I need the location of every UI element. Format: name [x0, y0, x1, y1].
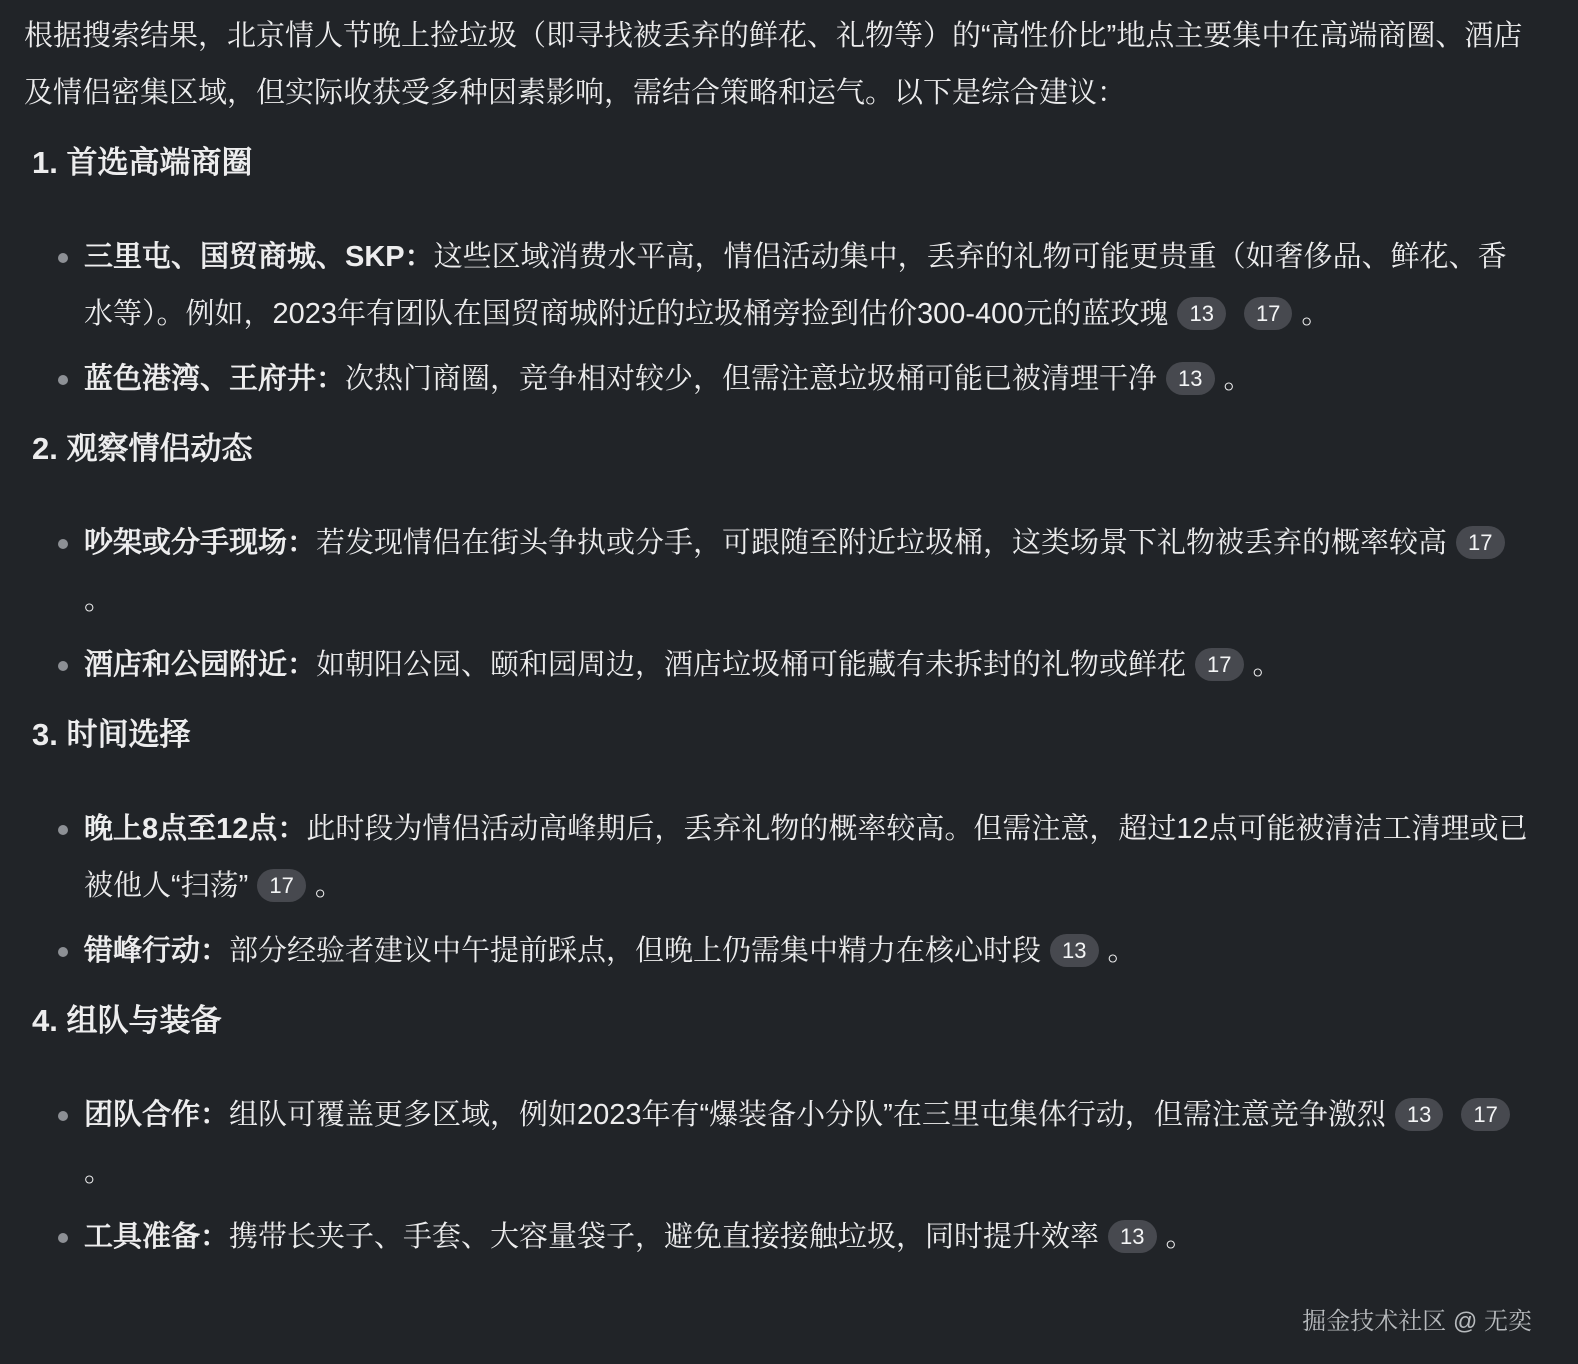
section-heading-4: 4. 组队与装备	[32, 1002, 1532, 1039]
chat-answer-page: 根据搜索结果，北京情人节晚上捡垃圾（即寻找被丢弃的鲜花、礼物等）的“高性价比”地…	[0, 0, 1578, 1364]
watermark: 掘金技术社区 @ 无奕	[1302, 1301, 1532, 1336]
item-lead: 酒店和公园附近：	[84, 649, 316, 681]
item-body: 如朝阳公园、颐和园周边，酒店垃圾桶可能藏有未拆封的礼物或鲜花	[316, 649, 1186, 681]
item-tail: 。	[1108, 935, 1137, 967]
item-tail: 。	[84, 1156, 113, 1188]
citation-badge[interactable]: 13	[1166, 362, 1214, 395]
list-item: 酒店和公园附近：如朝阳公园、颐和园周边，酒店垃圾桶可能藏有未拆封的礼物或鲜花17…	[84, 637, 1532, 694]
item-lead: 三里屯、国贸商城、SKP：	[84, 241, 434, 273]
citation-badge[interactable]: 13	[1177, 297, 1225, 330]
citation-badge[interactable]: 13	[1108, 1220, 1156, 1253]
section-list-2: 吵架或分手现场：若发现情侣在街头争执或分手，可跟随至附近垃圾桶，这类场景下礼物被…	[24, 515, 1532, 694]
item-lead: 晚上8点至12点：	[84, 813, 306, 845]
citation-badge[interactable]: 17	[257, 869, 305, 902]
intro-paragraph: 根据搜索结果，北京情人节晚上捡垃圾（即寻找被丢弃的鲜花、礼物等）的“高性价比”地…	[24, 8, 1532, 122]
item-lead: 错峰行动：	[84, 935, 229, 967]
item-tail: 。	[1301, 298, 1330, 330]
item-body: 若发现情侣在街头争执或分手，可跟随至附近垃圾桶，这类场景下礼物被丢弃的概率较高	[316, 527, 1447, 559]
item-tail: 。	[1166, 1221, 1195, 1253]
item-tail: 。	[315, 870, 344, 902]
list-item: 团队合作：组队可覆盖更多区域，例如2023年有“爆装备小分队”在三里屯集体行动，…	[84, 1087, 1532, 1201]
item-lead: 团队合作：	[84, 1099, 229, 1131]
citation-badge[interactable]: 17	[1461, 1098, 1509, 1131]
list-item: 三里屯、国贸商城、SKP：这些区域消费水平高，情侣活动集中，丢弃的礼物可能更贵重…	[84, 229, 1532, 343]
citation-badge[interactable]: 17	[1456, 526, 1504, 559]
section-list-4: 团队合作：组队可覆盖更多区域，例如2023年有“爆装备小分队”在三里屯集体行动，…	[24, 1087, 1532, 1266]
section-list-1: 三里屯、国贸商城、SKP：这些区域消费水平高，情侣活动集中，丢弃的礼物可能更贵重…	[24, 229, 1532, 408]
section-heading-3: 3. 时间选择	[32, 716, 1532, 753]
item-body: 组队可覆盖更多区域，例如2023年有“爆装备小分队”在三里屯集体行动，但需注意竞…	[229, 1099, 1386, 1131]
section-list-3: 晚上8点至12点：此时段为情侣活动高峰期后，丢弃礼物的概率较高。但需注意，超过1…	[24, 801, 1532, 980]
citation-badge[interactable]: 13	[1050, 934, 1098, 967]
citation-badge[interactable]: 13	[1395, 1098, 1443, 1131]
list-item: 晚上8点至12点：此时段为情侣活动高峰期后，丢弃礼物的概率较高。但需注意，超过1…	[84, 801, 1532, 915]
item-tail: 。	[1253, 649, 1282, 681]
list-item: 工具准备：携带长夹子、手套、大容量袋子，避免直接接触垃圾，同时提升效率13。	[84, 1209, 1532, 1266]
section-heading-1: 1. 首选高端商圈	[32, 144, 1532, 181]
item-body: 次热门商圈，竞争相对较少，但需注意垃圾桶可能已被清理干净	[345, 363, 1157, 395]
list-item: 蓝色港湾、王府井：次热门商圈，竞争相对较少，但需注意垃圾桶可能已被清理干净13。	[84, 351, 1532, 408]
item-tail: 。	[84, 584, 113, 616]
list-item: 错峰行动：部分经验者建议中午提前踩点，但晚上仍需集中精力在核心时段13。	[84, 923, 1532, 980]
item-tail: 。	[1224, 363, 1253, 395]
citation-badge[interactable]: 17	[1195, 648, 1243, 681]
item-lead: 工具准备：	[84, 1221, 229, 1253]
section-heading-2: 2. 观察情侣动态	[32, 430, 1532, 467]
item-body: 部分经验者建议中午提前踩点，但晚上仍需集中精力在核心时段	[229, 935, 1041, 967]
item-lead: 吵架或分手现场：	[84, 527, 316, 559]
item-lead: 蓝色港湾、王府井：	[84, 363, 345, 395]
item-body: 携带长夹子、手套、大容量袋子，避免直接接触垃圾，同时提升效率	[229, 1221, 1099, 1253]
list-item: 吵架或分手现场：若发现情侣在街头争执或分手，可跟随至附近垃圾桶，这类场景下礼物被…	[84, 515, 1532, 629]
citation-badge[interactable]: 17	[1244, 297, 1292, 330]
